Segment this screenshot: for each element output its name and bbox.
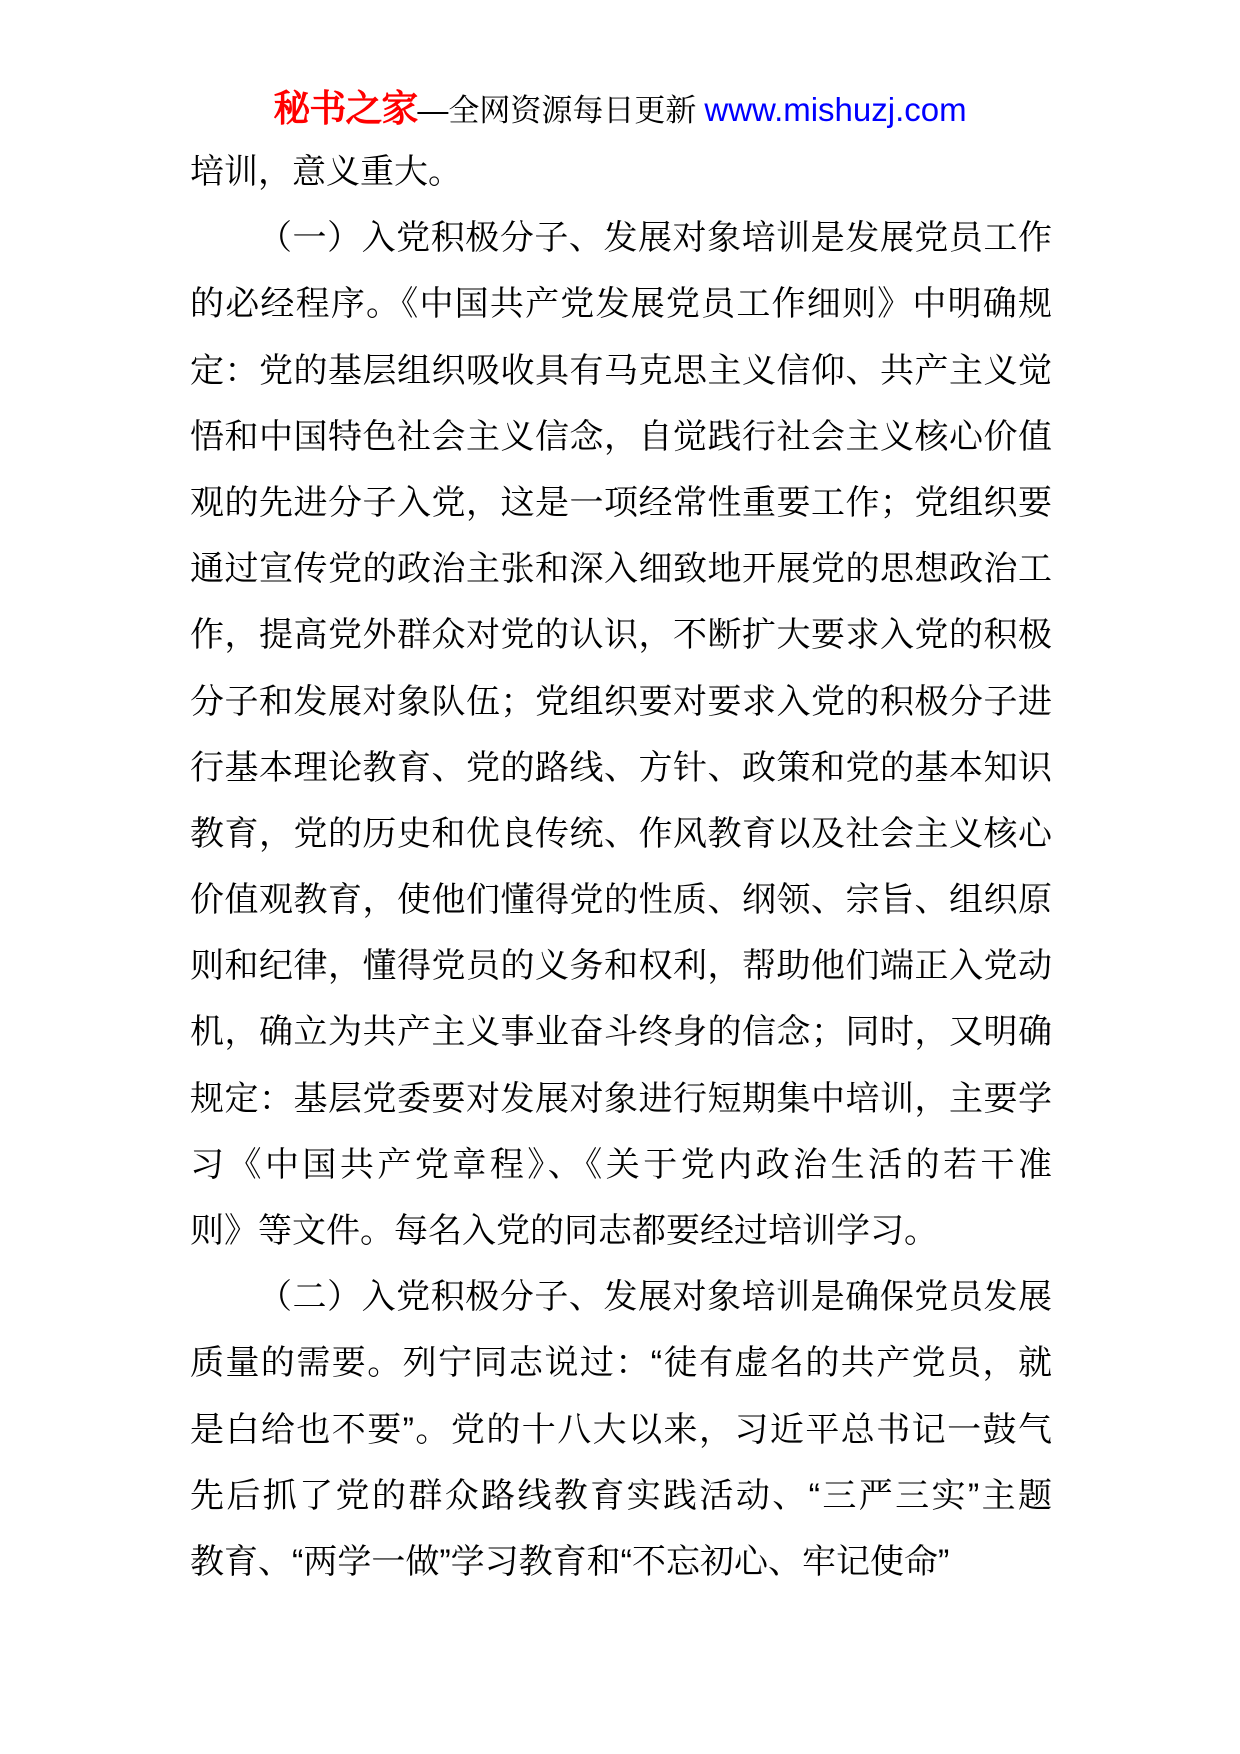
document-line: 机，确立为共产主义事业奋斗终身的信念；同时，又明确 [190, 999, 1052, 1065]
document-line: 规定：基层党委要对发展对象进行短期集中培训，主要学 [190, 1066, 1052, 1132]
document-line: 教育，党的历史和优良传统、作风教育以及社会主义核心 [190, 801, 1052, 867]
document-line: 通过宣传党的政治主张和深入细致地开展党的思想政治工 [190, 536, 1052, 602]
page-header: 秘书之家—全网资源每日更新www.mishuzj.com [0, 88, 1240, 131]
document-line: （二）入党积极分子、发展对象培训是确保党员发展 [190, 1264, 1052, 1330]
document-line: 的必经程序。《中国共产党发展党员工作细则》中明确规 [190, 271, 1052, 337]
site-url-link[interactable]: www.mishuzj.com [704, 91, 966, 128]
document-line: 则》等文件。每名入党的同志都要经过培训学习。 [190, 1198, 1052, 1264]
document-line: 观的先进分子入党，这是一项经常性重要工作；党组织要 [190, 470, 1052, 536]
document-page: 秘书之家—全网资源每日更新www.mishuzj.com 培训，意义重大。（一）… [0, 0, 1240, 1754]
document-line: 习《中国共产党章程》、《关于党内政治生活的若干准 [190, 1132, 1052, 1198]
site-name: 秘书之家 [273, 88, 417, 129]
document-line: 行基本理论教育、党的路线、方针、政策和党的基本知识 [190, 735, 1052, 801]
document-body: 培训，意义重大。（一）入党积极分子、发展对象培训是发展党员工作的必经程序。《中国… [190, 139, 1052, 1595]
document-line: 先后抓了党的群众路线教育实践活动、“三严三实”主题 [190, 1463, 1052, 1529]
document-line: 定：党的基层组织吸收具有马克思主义信仰、共产主义觉 [190, 338, 1052, 404]
document-line: 则和纪律，懂得党员的义务和权利，帮助他们端正入党动 [190, 933, 1052, 999]
document-line: 是白给也不要”。党的十八大以来，习近平总书记一鼓气 [190, 1397, 1052, 1463]
document-line: （一）入党积极分子、发展对象培训是发展党员工作 [190, 205, 1052, 271]
document-line: 教育、“两学一做”学习教育和“不忘初心、牢记使命” [190, 1529, 1052, 1595]
document-line: 分子和发展对象队伍；党组织要对要求入党的积极分子进 [190, 669, 1052, 735]
document-line: 作，提高党外群众对党的认识，不断扩大要求入党的积极 [190, 602, 1052, 668]
site-tagline: —全网资源每日更新 [417, 93, 696, 128]
document-line: 质量的需要。列宁同志说过：“徒有虚名的共产党员，就 [190, 1330, 1052, 1396]
document-line: 悟和中国特色社会主义信念，自觉践行社会主义核心价值 [190, 404, 1052, 470]
document-line: 价值观教育，使他们懂得党的性质、纲领、宗旨、组织原 [190, 867, 1052, 933]
document-line: 培训，意义重大。 [190, 139, 1052, 205]
